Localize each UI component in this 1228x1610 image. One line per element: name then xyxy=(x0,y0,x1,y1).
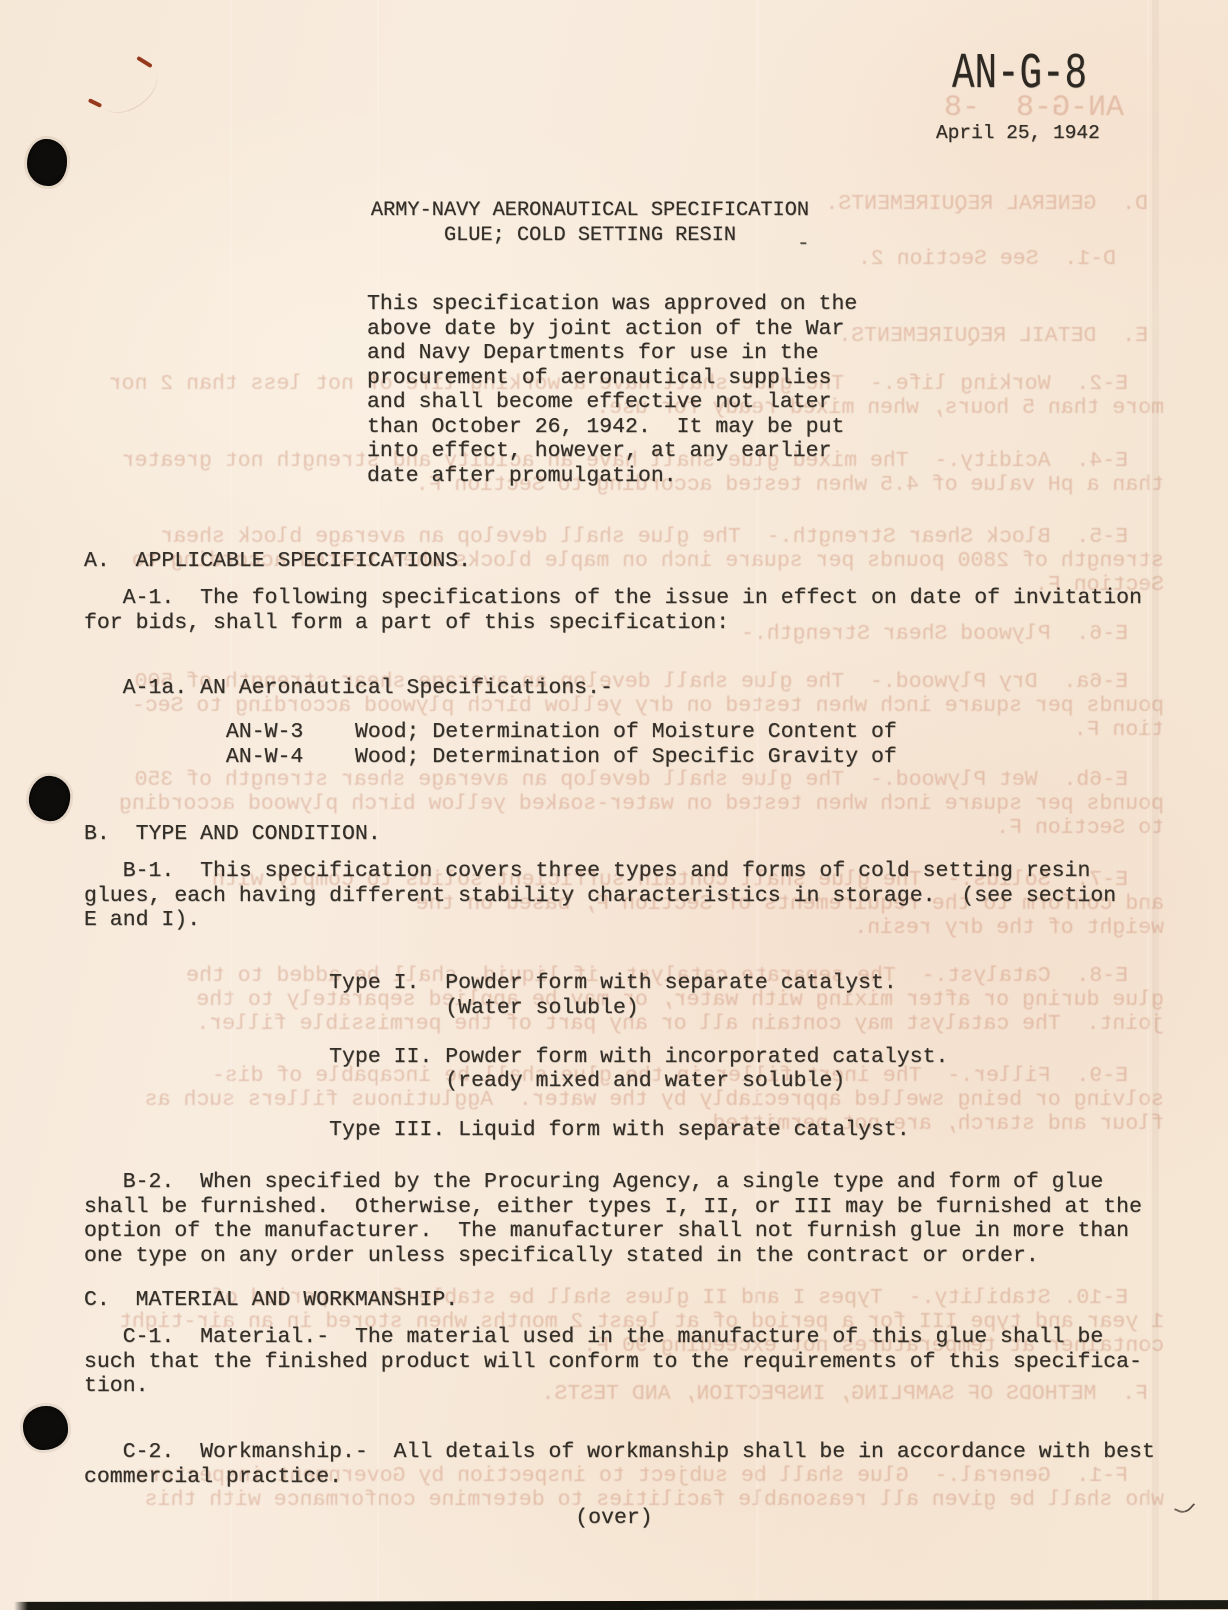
paragraph-b1: B-1. This specification covers three typ… xyxy=(84,859,1116,933)
paragraph-b2: B-2. When specified by the Procuring Age… xyxy=(84,1170,1142,1268)
approval-paragraph: This specification was approved on the a… xyxy=(367,292,857,488)
paragraph-a1a: A-1a. AN Aeronautical Specifications.- xyxy=(84,676,613,701)
glue-type-list: Type I. Powder form with separate cataly… xyxy=(84,971,948,1143)
bleedthrough-line: D-1. See Section 2. xyxy=(858,247,1116,272)
paragraph-c2: C-2. Workmanship.- All details of workma… xyxy=(84,1440,1155,1489)
pen-scratch xyxy=(89,52,166,123)
document-title: ARMY-NAVY AERONAUTICAL SPECIFICATIONGLUE… xyxy=(330,198,850,248)
bleedthrough-line: E-6b. Wet Plywood.- The glue shall devel… xyxy=(135,768,1128,793)
paper-fold-shadow xyxy=(1152,0,1159,1610)
title-line-2: GLUE; COLD SETTING RESIN xyxy=(444,224,736,247)
specification-list: AN-W-3 Wood; Determination of Moisture C… xyxy=(84,720,897,769)
paragraph-c1: C-1. Material.- The material used in the… xyxy=(84,1325,1142,1399)
paragraph-a1: A-1. The following specifications of the… xyxy=(84,586,1142,635)
hole-punch-top xyxy=(27,139,67,186)
hole-punch-middle xyxy=(27,774,72,823)
document-date: April 25, 1942 xyxy=(936,121,1100,146)
paper-streak xyxy=(1147,0,1149,1610)
hole-punch-bottom xyxy=(23,1406,68,1450)
document-page: AN-G-8 -8D. GENERAL REQUIREMENTS.D-1. Se… xyxy=(0,0,1228,1610)
bleedthrough-line: to Section F. xyxy=(996,816,1164,841)
section-b-heading: B. TYPE AND CONDITION. xyxy=(84,822,381,847)
scan-edge-bar xyxy=(14,1600,1228,1610)
footer-over-label: (over) xyxy=(0,1506,1228,1531)
stray-dash-mark: - xyxy=(797,233,810,258)
bleedthrough-line: E. DETAIL REQUIREMENTS. xyxy=(838,324,1148,349)
bleedthrough-line: E-5. Block Shear Strength.- The glue sha… xyxy=(160,525,1128,550)
bleedthrough-line: pounds per square inch when tested on wa… xyxy=(119,792,1164,817)
document-number: AN-G-8 xyxy=(952,50,1087,100)
section-c-heading: C. MATERIAL AND WORKMANSHIP. xyxy=(84,1288,458,1313)
bleedthrough-line: D. GENERAL REQUIREMENTS. xyxy=(825,192,1148,217)
title-line-1: ARMY-NAVY AERONAUTICAL SPECIFICATION xyxy=(371,199,809,222)
section-a-heading: A. APPLICABLE SPECIFICATIONS. xyxy=(84,549,471,574)
bleedthrough-line: tion F. xyxy=(1074,718,1164,743)
